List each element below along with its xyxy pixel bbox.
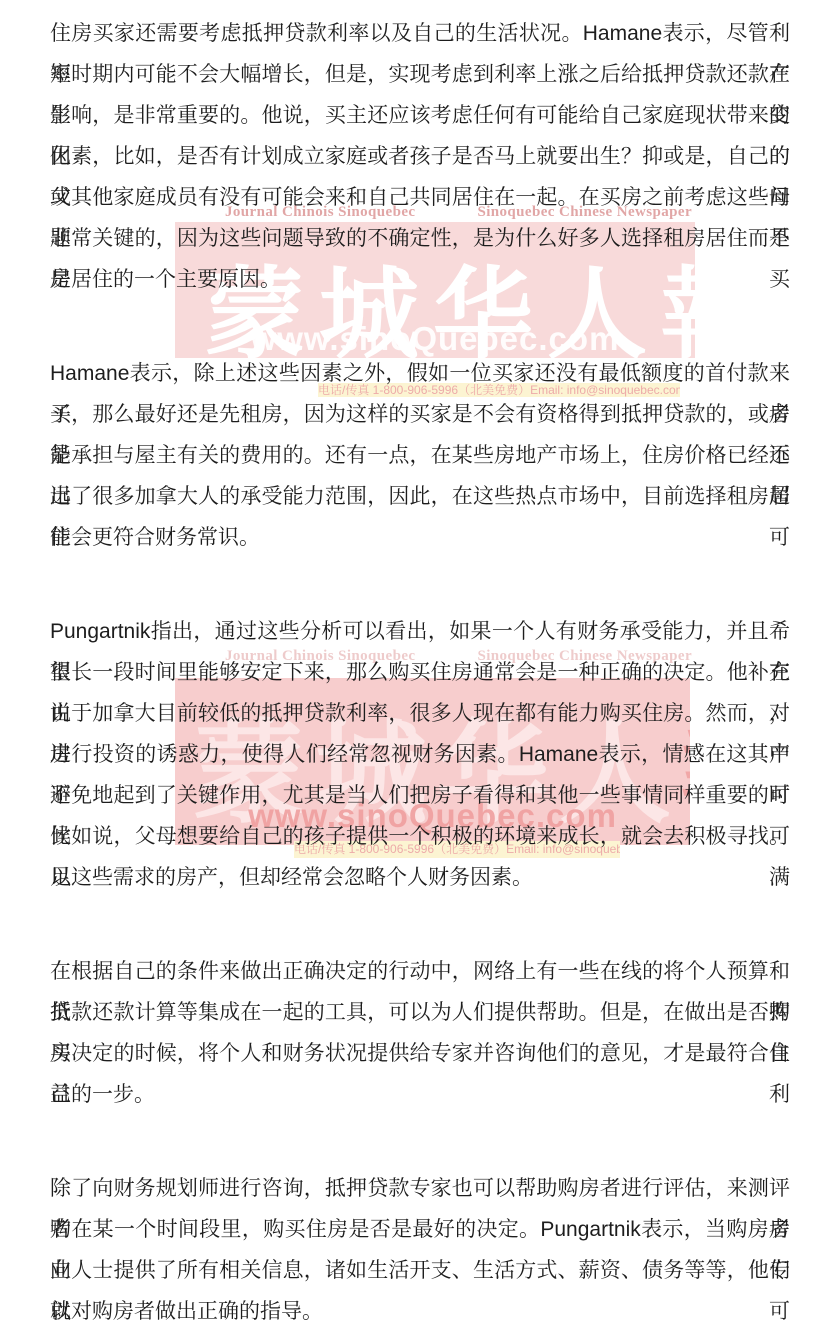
text-line: Hamane表示，除上述这些因素之外，假如一位买家还没有最低额度的首付款来买房	[50, 353, 790, 394]
text-line: 住房买家还需要考虑抵押贷款利率以及自己的生活状况。Hamane表示，尽管利率在	[50, 13, 790, 54]
paragraph: 除了向财务规划师进行咨询，抵押贷款专家也可以帮助购房者进行评估，来测评购房者在某…	[50, 1168, 790, 1330]
text-line: 非常关键的，因为这些问题导致的不确定性，是为什么好多人选择租房居住而不是买	[50, 218, 790, 259]
text-line: 因素，比如，是否有计划成立家庭或者孩子是否马上就要出生？抑或是，自己的父母	[50, 136, 790, 177]
text-line: 比如说，父母想要给自己的孩子提供一个积极的环境来成长，就会去积极寻找可以满	[50, 816, 790, 857]
paragraph: 在根据自己的条件来做出正确决定的行动中，网络上有一些在线的将个人预算和抵押贷款还…	[50, 951, 790, 1115]
text-line: 或其他家庭成员有没有可能会来和自己共同居住在一起。在买房之前考虑这些问题是	[50, 177, 790, 218]
text-line: 能承担与屋主有关的费用的。还有一点，在某些房地产市场上，住房价格已经远远超	[50, 435, 790, 476]
paragraph: Pungartnik指出，通过这些分析可以看出，如果一个人有财务承受能力，并且希…	[50, 611, 790, 898]
text-line: 在根据自己的条件来做出正确决定的行动中，网络上有一些在线的将个人预算和抵押	[50, 951, 790, 992]
article-body: 住房买家还需要考虑抵押贷款利率以及自己的生活状况。Hamane表示，尽管利率在短…	[0, 0, 837, 1330]
text-line: 贷款还款计算等集成在一起的工具，可以为人们提供帮助。但是，在做出是否购买住	[50, 992, 790, 1033]
text-line: 很长一段时间里能够安定下来，那么购买住房通常会是一种正确的决定。他补充说，	[50, 652, 790, 693]
paragraph: Hamane表示，除上述这些因素之外，假如一位买家还没有最低额度的首付款来买房子…	[50, 353, 790, 558]
text-line: 短时期内可能不会大幅增长，但是，实现考虑到利率上涨之后给抵押贷款还款产生的	[50, 54, 790, 95]
text-line: 者在某一个时间段里，购买住房是否是最好的决定。Pungartnik表示，当购房者…	[50, 1209, 790, 1250]
text-line: 出了很多加拿大人的承受能力范围，因此，在这些热点市场中，目前选择租房居住可	[50, 476, 790, 517]
text-line: 业人士提供了所有相关信息，诸如生活开支、生活方式、薪资、债务等等，他们就可	[50, 1250, 790, 1291]
text-line: 进行投资的诱惑力，使得人们经常忽视财务因素。Hamane表示，情感在这其中不可	[50, 734, 790, 775]
text-line: 除了向财务规划师进行咨询，抵押贷款专家也可以帮助购房者进行评估，来测评购房	[50, 1168, 790, 1209]
text-line: 子，那么最好还是先租房，因为这样的买家是不会有资格得到抵押贷款的，或者是不	[50, 394, 790, 435]
text-line: 影响，是非常重要的。他说，买主还应该考虑任何有可能给自己家庭现状带来变化的	[50, 95, 790, 136]
text-line: 房决定的时候，将个人和财务状况提供给专家并咨询他们的意见，才是最符合自己利	[50, 1033, 790, 1074]
text-line: Pungartnik指出，通过这些分析可以看出，如果一个人有财务承受能力，并且希…	[50, 611, 790, 652]
text-line: 避免地起到了关键作用，尤其是当人们把房子看得和其他一些事情同样重要的时候。	[50, 775, 790, 816]
paragraph: 住房买家还需要考虑抵押贷款利率以及自己的生活状况。Hamane表示，尽管利率在短…	[50, 13, 790, 300]
text-line: 由于加拿大目前较低的抵押贷款利率，很多人现在都有能力购买住房。然而，对房产	[50, 693, 790, 734]
